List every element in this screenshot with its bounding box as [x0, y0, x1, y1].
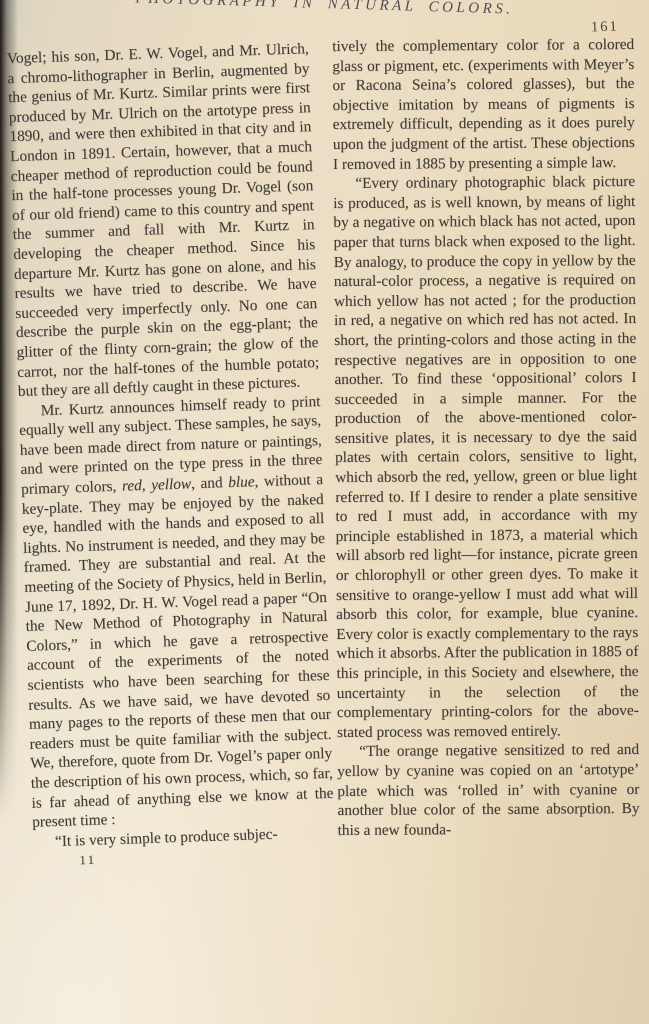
paragraph: “Every ordinary photographic black pictu…: [333, 172, 639, 742]
page: PHOTOGRAPHY IN NATURAL COLORS. 161 Vogel…: [0, 0, 649, 1024]
paragraph: Vogel; his son, Dr. E. W. Vogel, and Mr.…: [7, 39, 321, 402]
paragraph: Mr. Kurtz announces himself ready to pri…: [18, 392, 334, 833]
paragraph: tively the complementary color for a col…: [332, 35, 635, 174]
right-column: tively the complementary color for a col…: [332, 35, 640, 869]
text-columns: Vogel; his son, Dr. E. W. Vogel, and Mr.…: [20, 36, 641, 868]
paragraph: “The orange negative sensitized to red a…: [337, 740, 640, 840]
running-head: PHOTOGRAPHY IN NATURAL COLORS.: [40, 0, 609, 21]
page-number: 161: [591, 19, 619, 37]
left-column: Vogel; his son, Dr. E. W. Vogel, and Mr.…: [6, 31, 335, 872]
